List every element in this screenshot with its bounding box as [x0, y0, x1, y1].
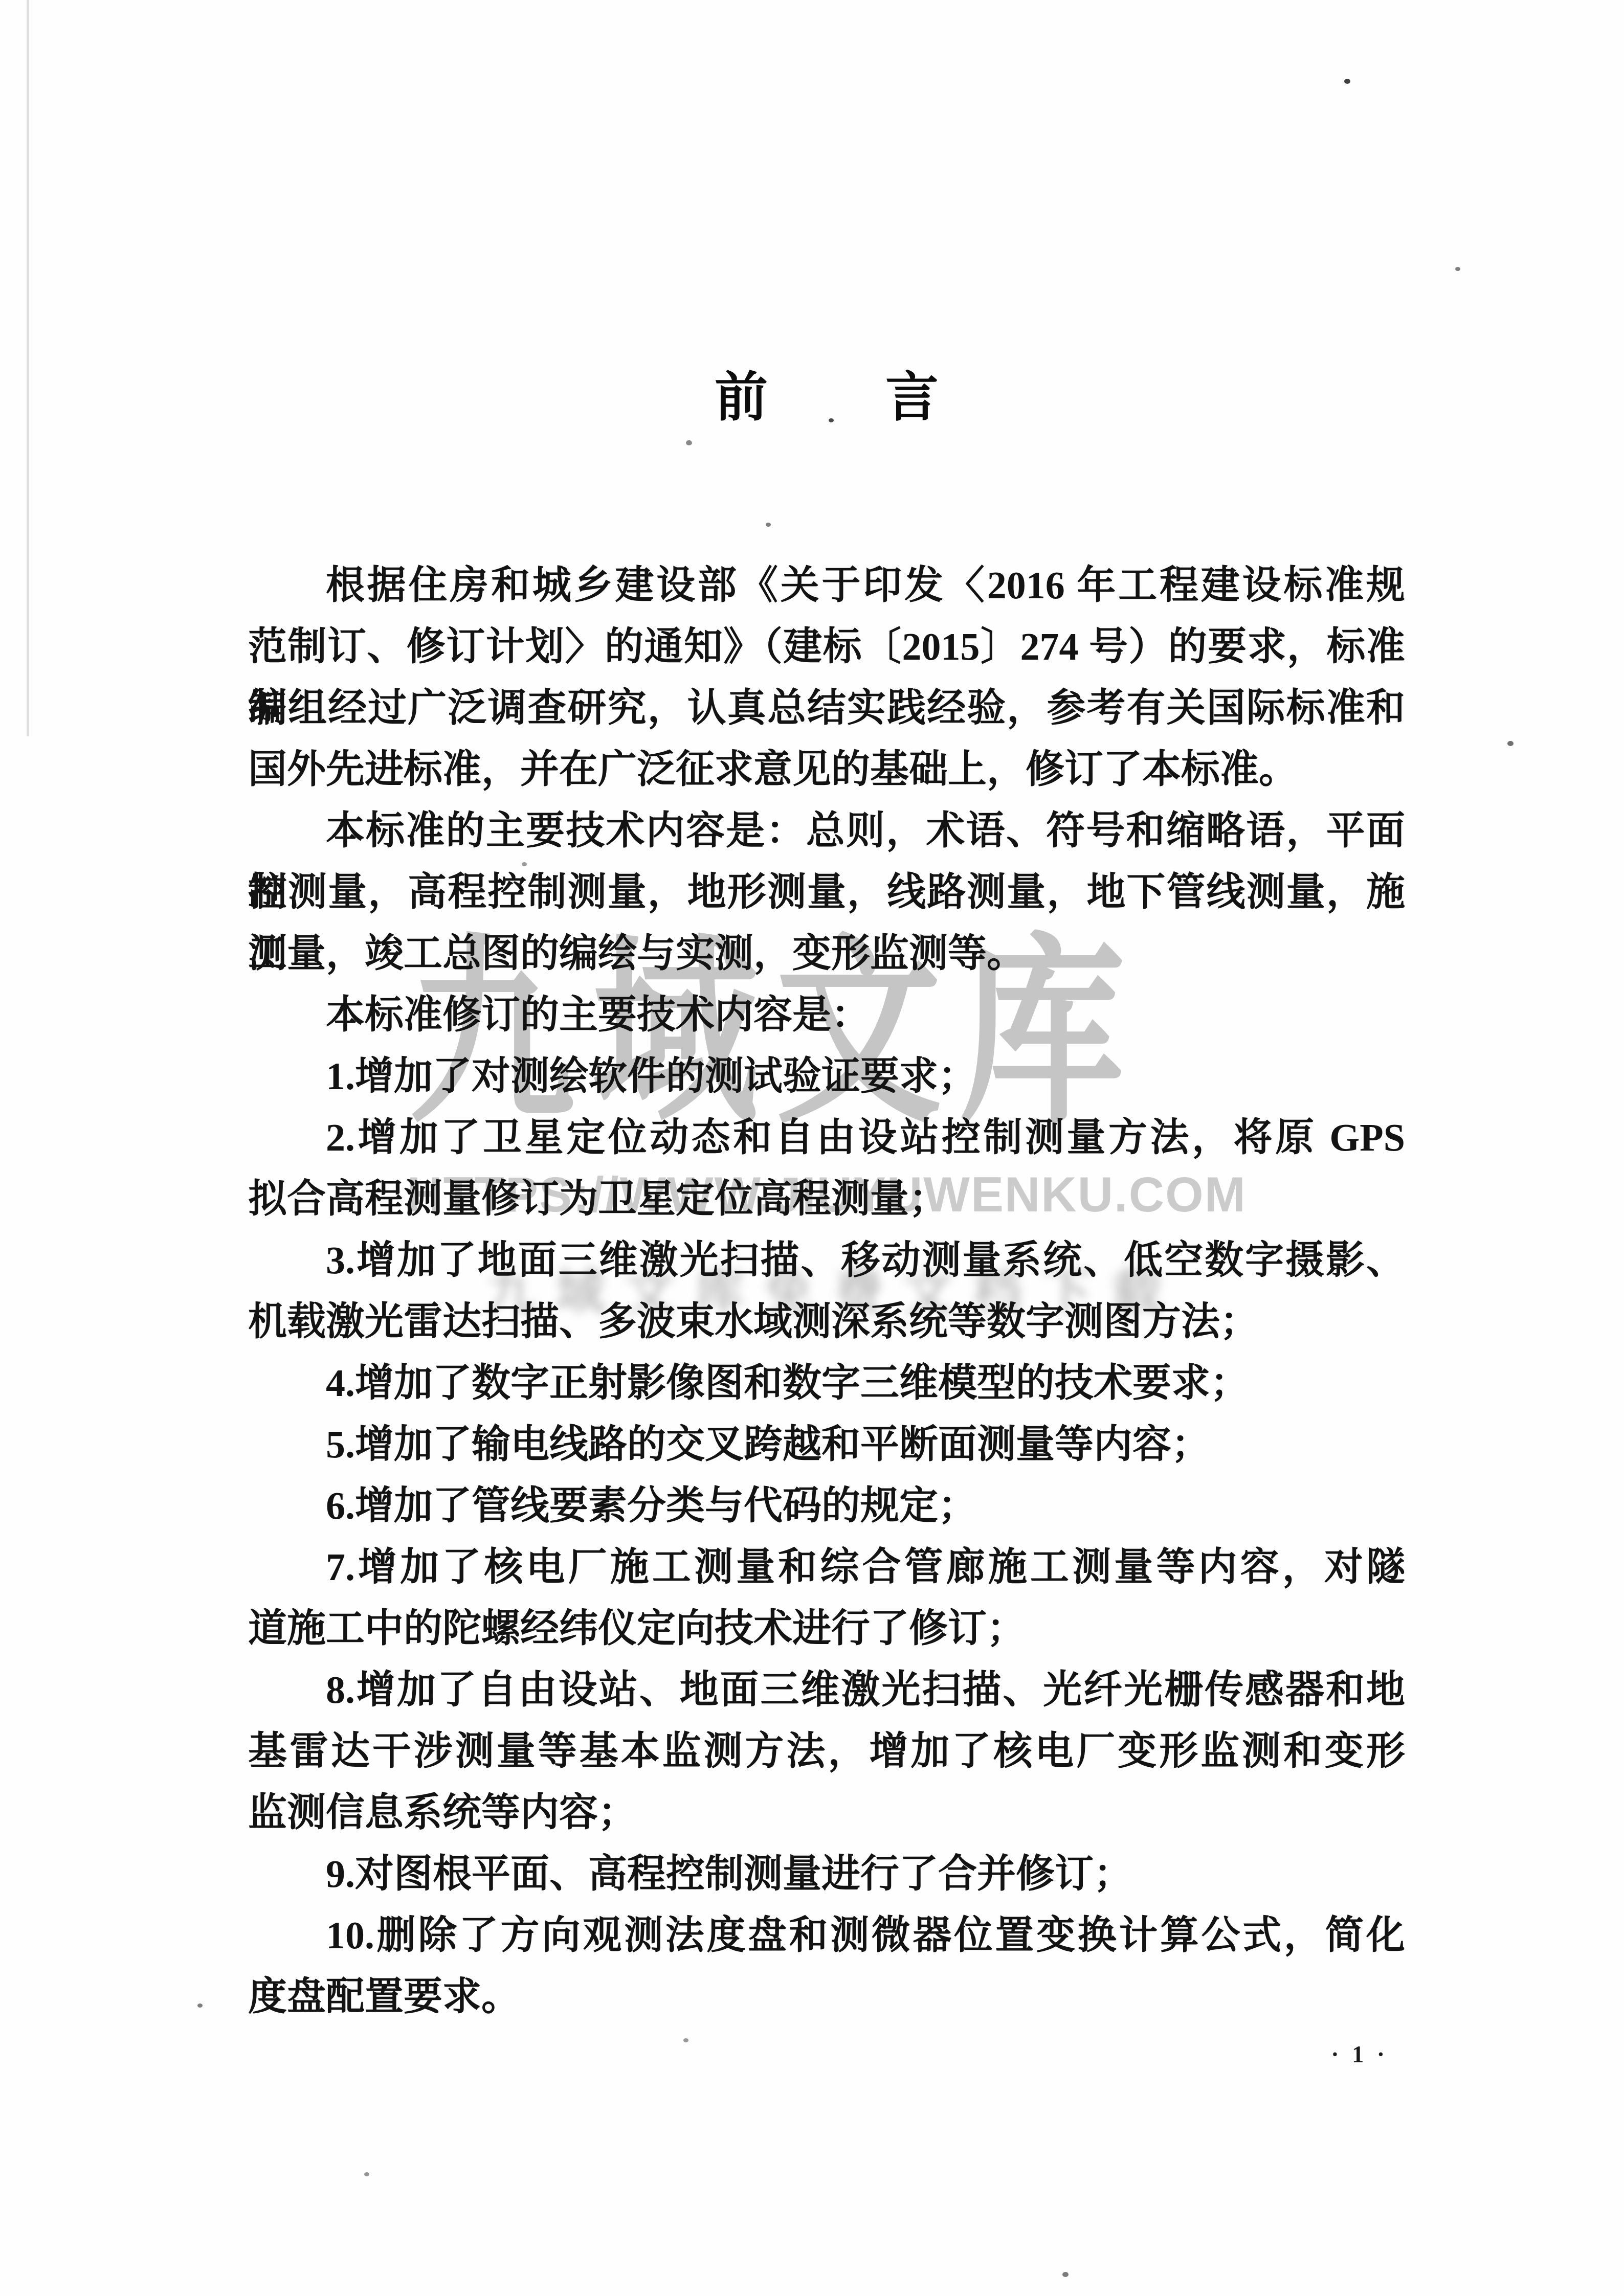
text-line-9: 1.增加了对测绘软件的测试验证要求； — [248, 1046, 1405, 1107]
text-line-10: 2.增加了卫星定位动态和自由设站控制测量方法，将原 GPS — [248, 1107, 1405, 1168]
text-line-14: 4.增加了数字正射影像图和数字三维模型的技术要求； — [248, 1353, 1405, 1414]
text-line-23: 10.删除了方向观测法度盘和测微器位置变换计算公式，简化 — [248, 1905, 1405, 1966]
text-line-16: 6.增加了管线要素分类与代码的规定； — [248, 1475, 1405, 1537]
scan-speckles — [0, 0, 5, 4]
body-text: 根据住房和城乡建设部《关于印发〈2016 年工程建设标准规范制订、修订计划〉的通… — [248, 555, 1405, 2028]
text-line-11: 拟合高程测量修订为卫星定位高程测量； — [248, 1168, 1405, 1230]
document-page: 九域文库 HTTPS://WWW.JIUYUWENKU.COM 九域文库免费文档… — [0, 0, 1624, 2296]
text-line-15: 5.增加了输电线路的交叉跨越和平断面测量等内容； — [248, 1414, 1405, 1475]
text-line-4: 国外先进标准，并在广泛征求意见的基础上，修订了本标准。 — [248, 739, 1405, 800]
text-line-8: 本标准修订的主要技术内容是： — [248, 984, 1405, 1046]
text-line-3: 制组经过广泛调查研究，认真总结实践经验，参考有关国际标准和 — [248, 678, 1405, 739]
text-line-2: 范制订、修订计划〉的通知》（建标〔2015〕274 号）的要求，标准编 — [248, 616, 1405, 678]
page-number: · 1 · — [248, 2039, 1385, 2070]
title-char-first: 前 — [715, 368, 768, 427]
text-line-1: 根据住房和城乡建设部《关于印发〈2016 年工程建设标准规 — [248, 555, 1405, 616]
text-line-22: 9.对图根平面、高程控制测量进行了合并修订； — [248, 1843, 1405, 1905]
text-line-7: 测量，竣工总图的编绘与实测，变形监测等。 — [248, 923, 1405, 984]
text-line-5: 本标准的主要技术内容是：总则，术语、符号和缩略语，平面控 — [248, 800, 1405, 862]
page-title: 前言 — [248, 367, 1405, 429]
text-line-24: 度盘配置要求。 — [248, 1966, 1405, 2028]
text-line-19: 8.增加了自由设站、地面三维激光扫描、光纤光栅传感器和地 — [248, 1659, 1405, 1721]
text-line-20: 基雷达干涉测量等基本监测方法，增加了核电厂变形监测和变形 — [248, 1721, 1405, 1782]
scan-edge-streak — [27, 0, 29, 736]
text-line-17: 7.增加了核电厂施工测量和综合管廊施工测量等内容，对隧 — [248, 1537, 1405, 1598]
text-line-13: 机载激光雷达扫描、多波束水域测深系统等数字测图方法； — [248, 1291, 1405, 1353]
text-line-21: 监测信息系统等内容； — [248, 1782, 1405, 1843]
title-char-second: 言 — [885, 368, 939, 427]
text-line-12: 3.增加了地面三维激光扫描、移动测量系统、低空数字摄影、 — [248, 1230, 1405, 1291]
text-line-6: 制测量，高程控制测量，地形测量，线路测量，地下管线测量，施工 — [248, 862, 1405, 923]
text-line-18: 道施工中的陀螺经纬仪定向技术进行了修订； — [248, 1598, 1405, 1659]
